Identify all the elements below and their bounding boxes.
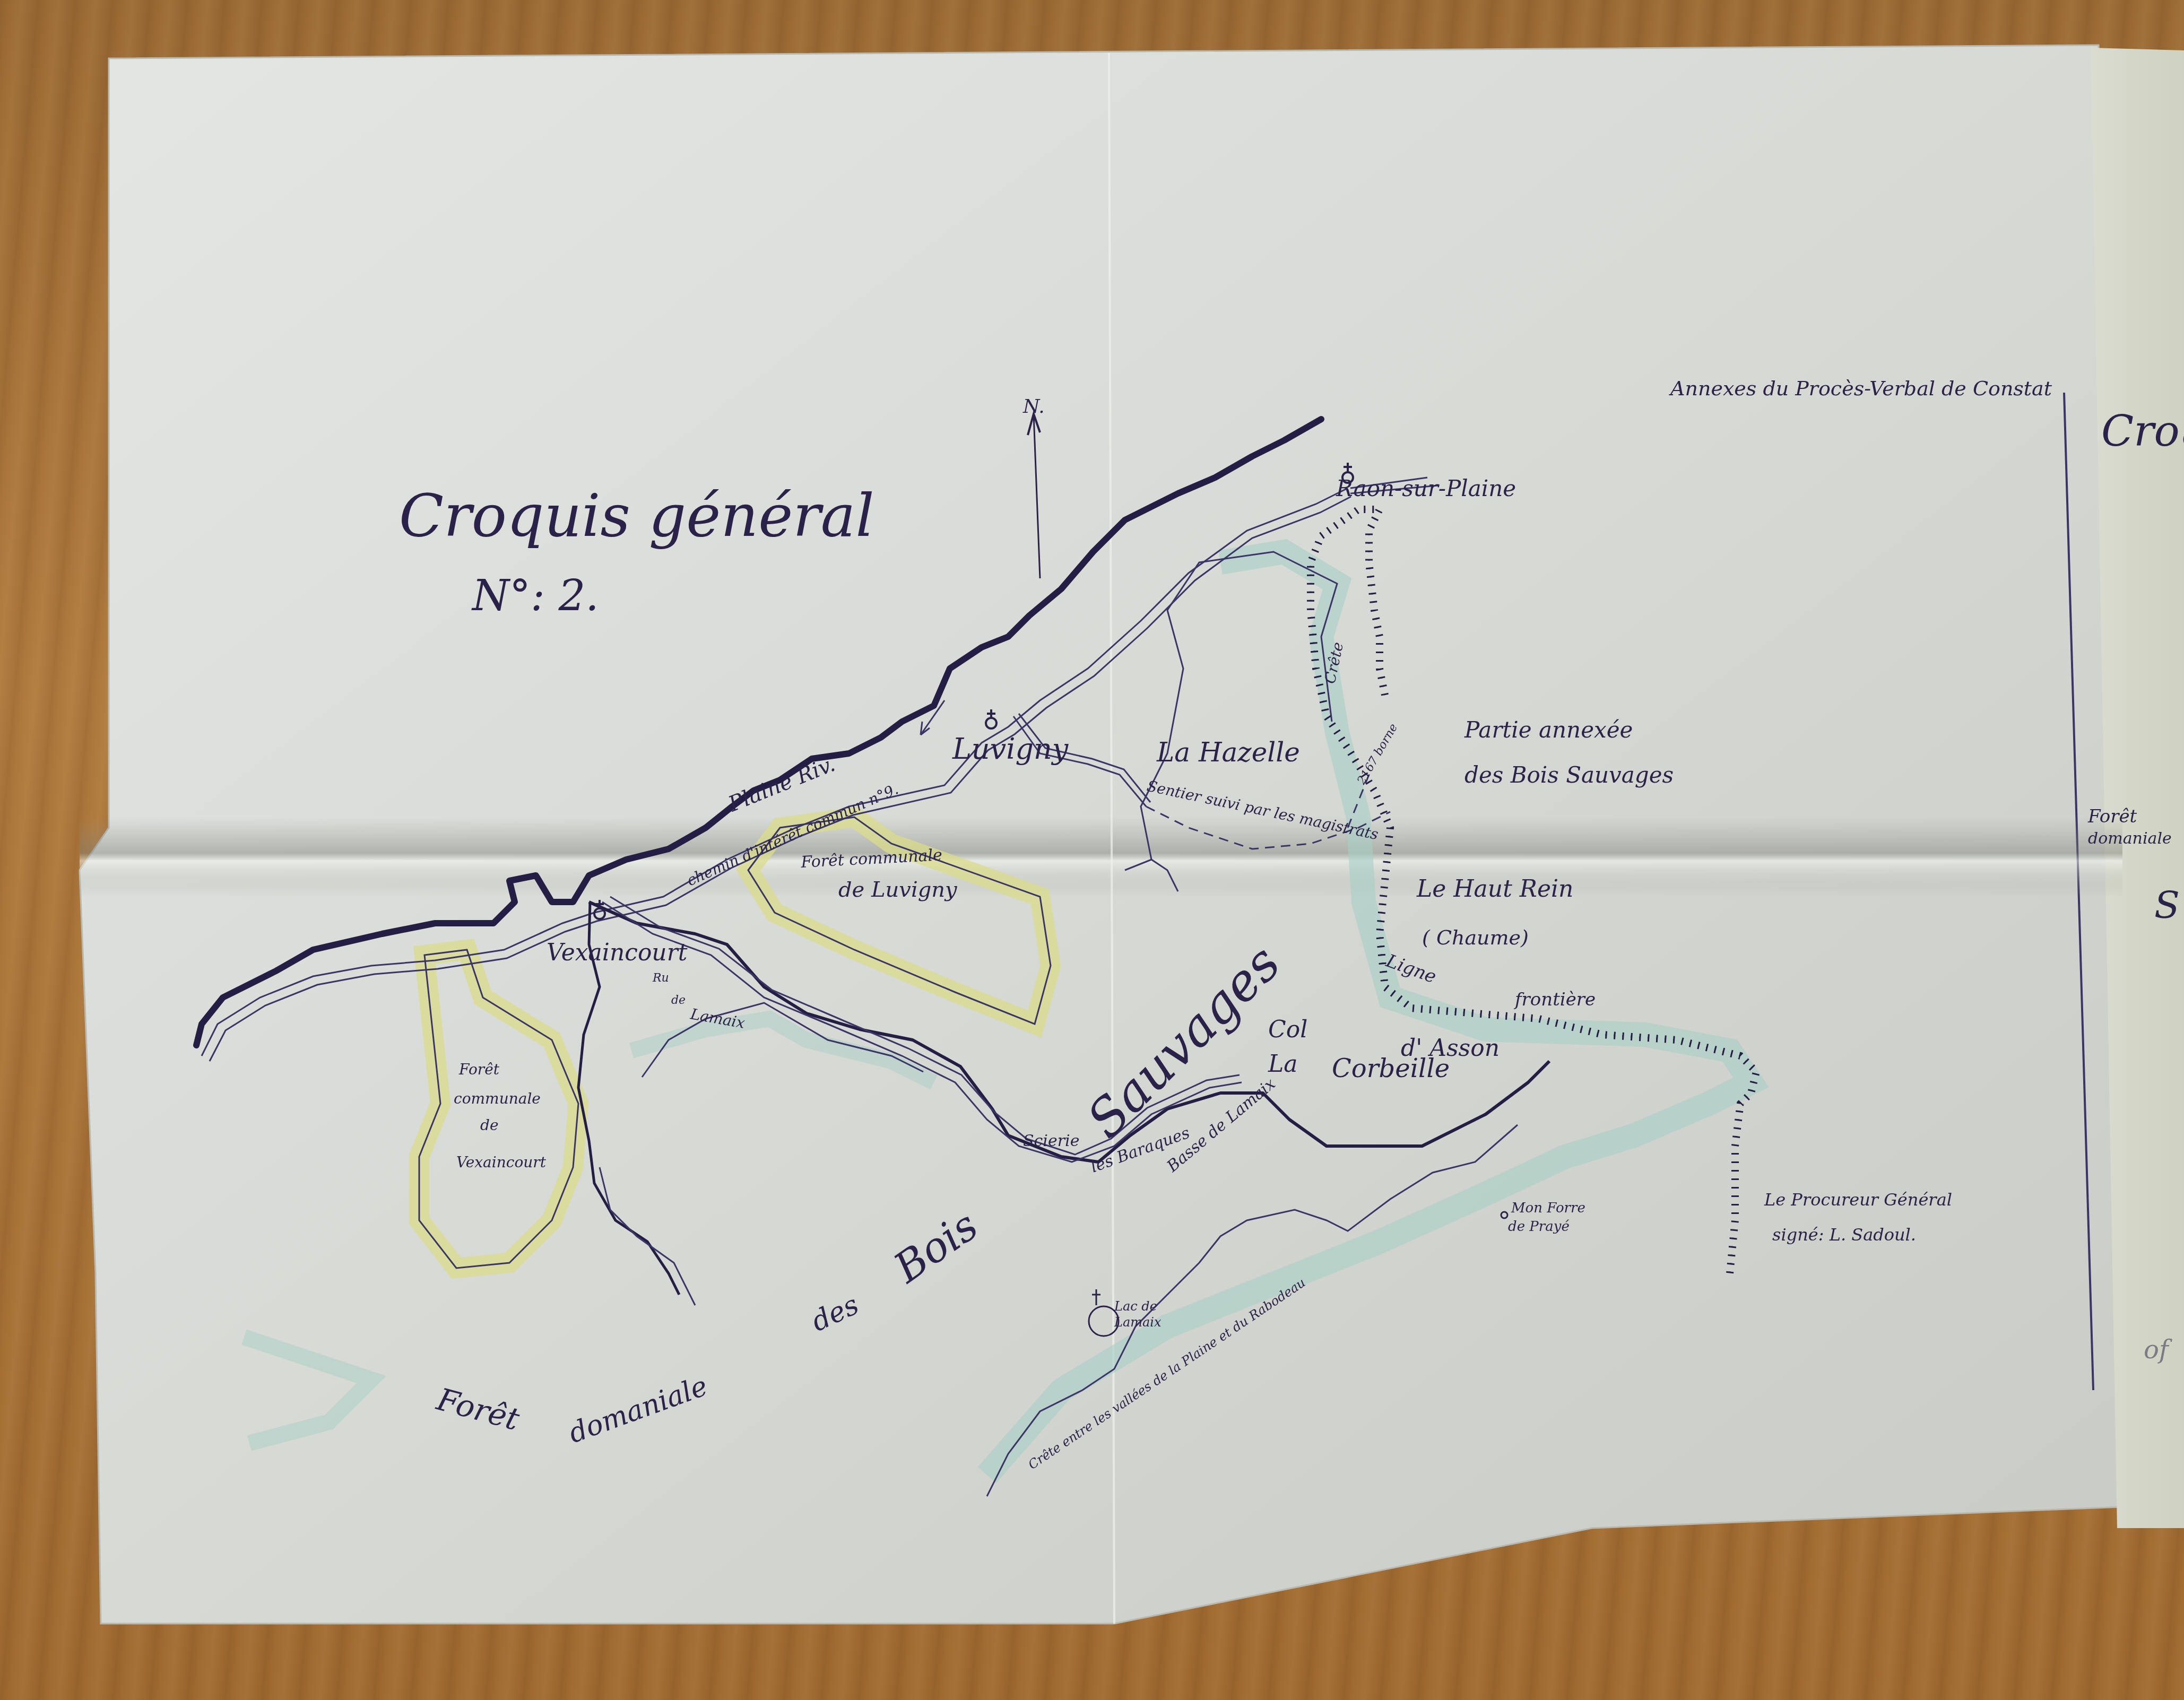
place-de-praye: de Prayé	[1508, 1219, 1570, 1235]
map-title: Croquis général	[399, 482, 874, 550]
label-frontiere: frontière	[1513, 989, 1596, 1010]
horizontal-fold	[80, 817, 2122, 897]
right-sheet-label-domaniale: domaniale	[2088, 829, 2172, 848]
place-col: Col	[1268, 1016, 1307, 1043]
map-sheet: N. Croquis général N°: 2. Annexes du Pro…	[0, 0, 2184, 1700]
annex-header: Annexes du Procès-Verbal de Constat	[1669, 377, 2052, 400]
right-sheet-label-foret: Forêt	[2087, 806, 2137, 827]
place-maison-forestiere: Mon Forre	[1511, 1200, 1585, 1216]
north-label: N.	[1022, 396, 1045, 418]
right-sheet-title-partial: Croq	[2101, 406, 2184, 456]
place-scierie: Scierie	[1023, 1132, 1079, 1150]
label-vexaincourt-name: Vexaincourt	[456, 1153, 547, 1171]
place-le-haut-rein: Le Haut Rein	[1416, 875, 1573, 903]
place-la-hazelle: La Hazelle	[1156, 737, 1300, 768]
label-ru-de: de	[671, 994, 686, 1007]
place-lamaix: Lamaix	[1114, 1315, 1162, 1330]
label-partie-annexee-2: des Bois Sauvages	[1464, 762, 1674, 788]
label-vexaincourt-foret: Forêt	[458, 1061, 500, 1078]
label-ru: Ru	[652, 972, 669, 985]
label-vexaincourt-de: de	[480, 1116, 499, 1134]
right-sheet-label-s: S	[2154, 883, 2180, 927]
label-vexaincourt-communale: communale	[454, 1090, 541, 1107]
label-foret-communale-luvigny-2: de Luvigny	[838, 878, 958, 902]
place-vexaincourt: Vexaincourt	[547, 939, 688, 966]
place-d-asson: d' Asson	[1401, 1035, 1500, 1062]
place-la: La	[1268, 1051, 1297, 1078]
signature-line-2: signé: L. Sadoul.	[1772, 1225, 1916, 1245]
place-raon-sur-plaine: Raon-sur-Plaine	[1336, 475, 1516, 501]
label-partie-annexee-1: Partie annexée	[1464, 717, 1633, 743]
map-number: N°: 2.	[471, 571, 599, 620]
place-chaume: ( Chaume)	[1422, 926, 1529, 949]
place-luvigny: Luvigny	[952, 732, 1069, 766]
faded-pencil-note: of	[2144, 1335, 2172, 1365]
place-lac-de: Lac de	[1114, 1299, 1157, 1314]
signature-line-1: Le Procureur Général	[1764, 1190, 1952, 1210]
